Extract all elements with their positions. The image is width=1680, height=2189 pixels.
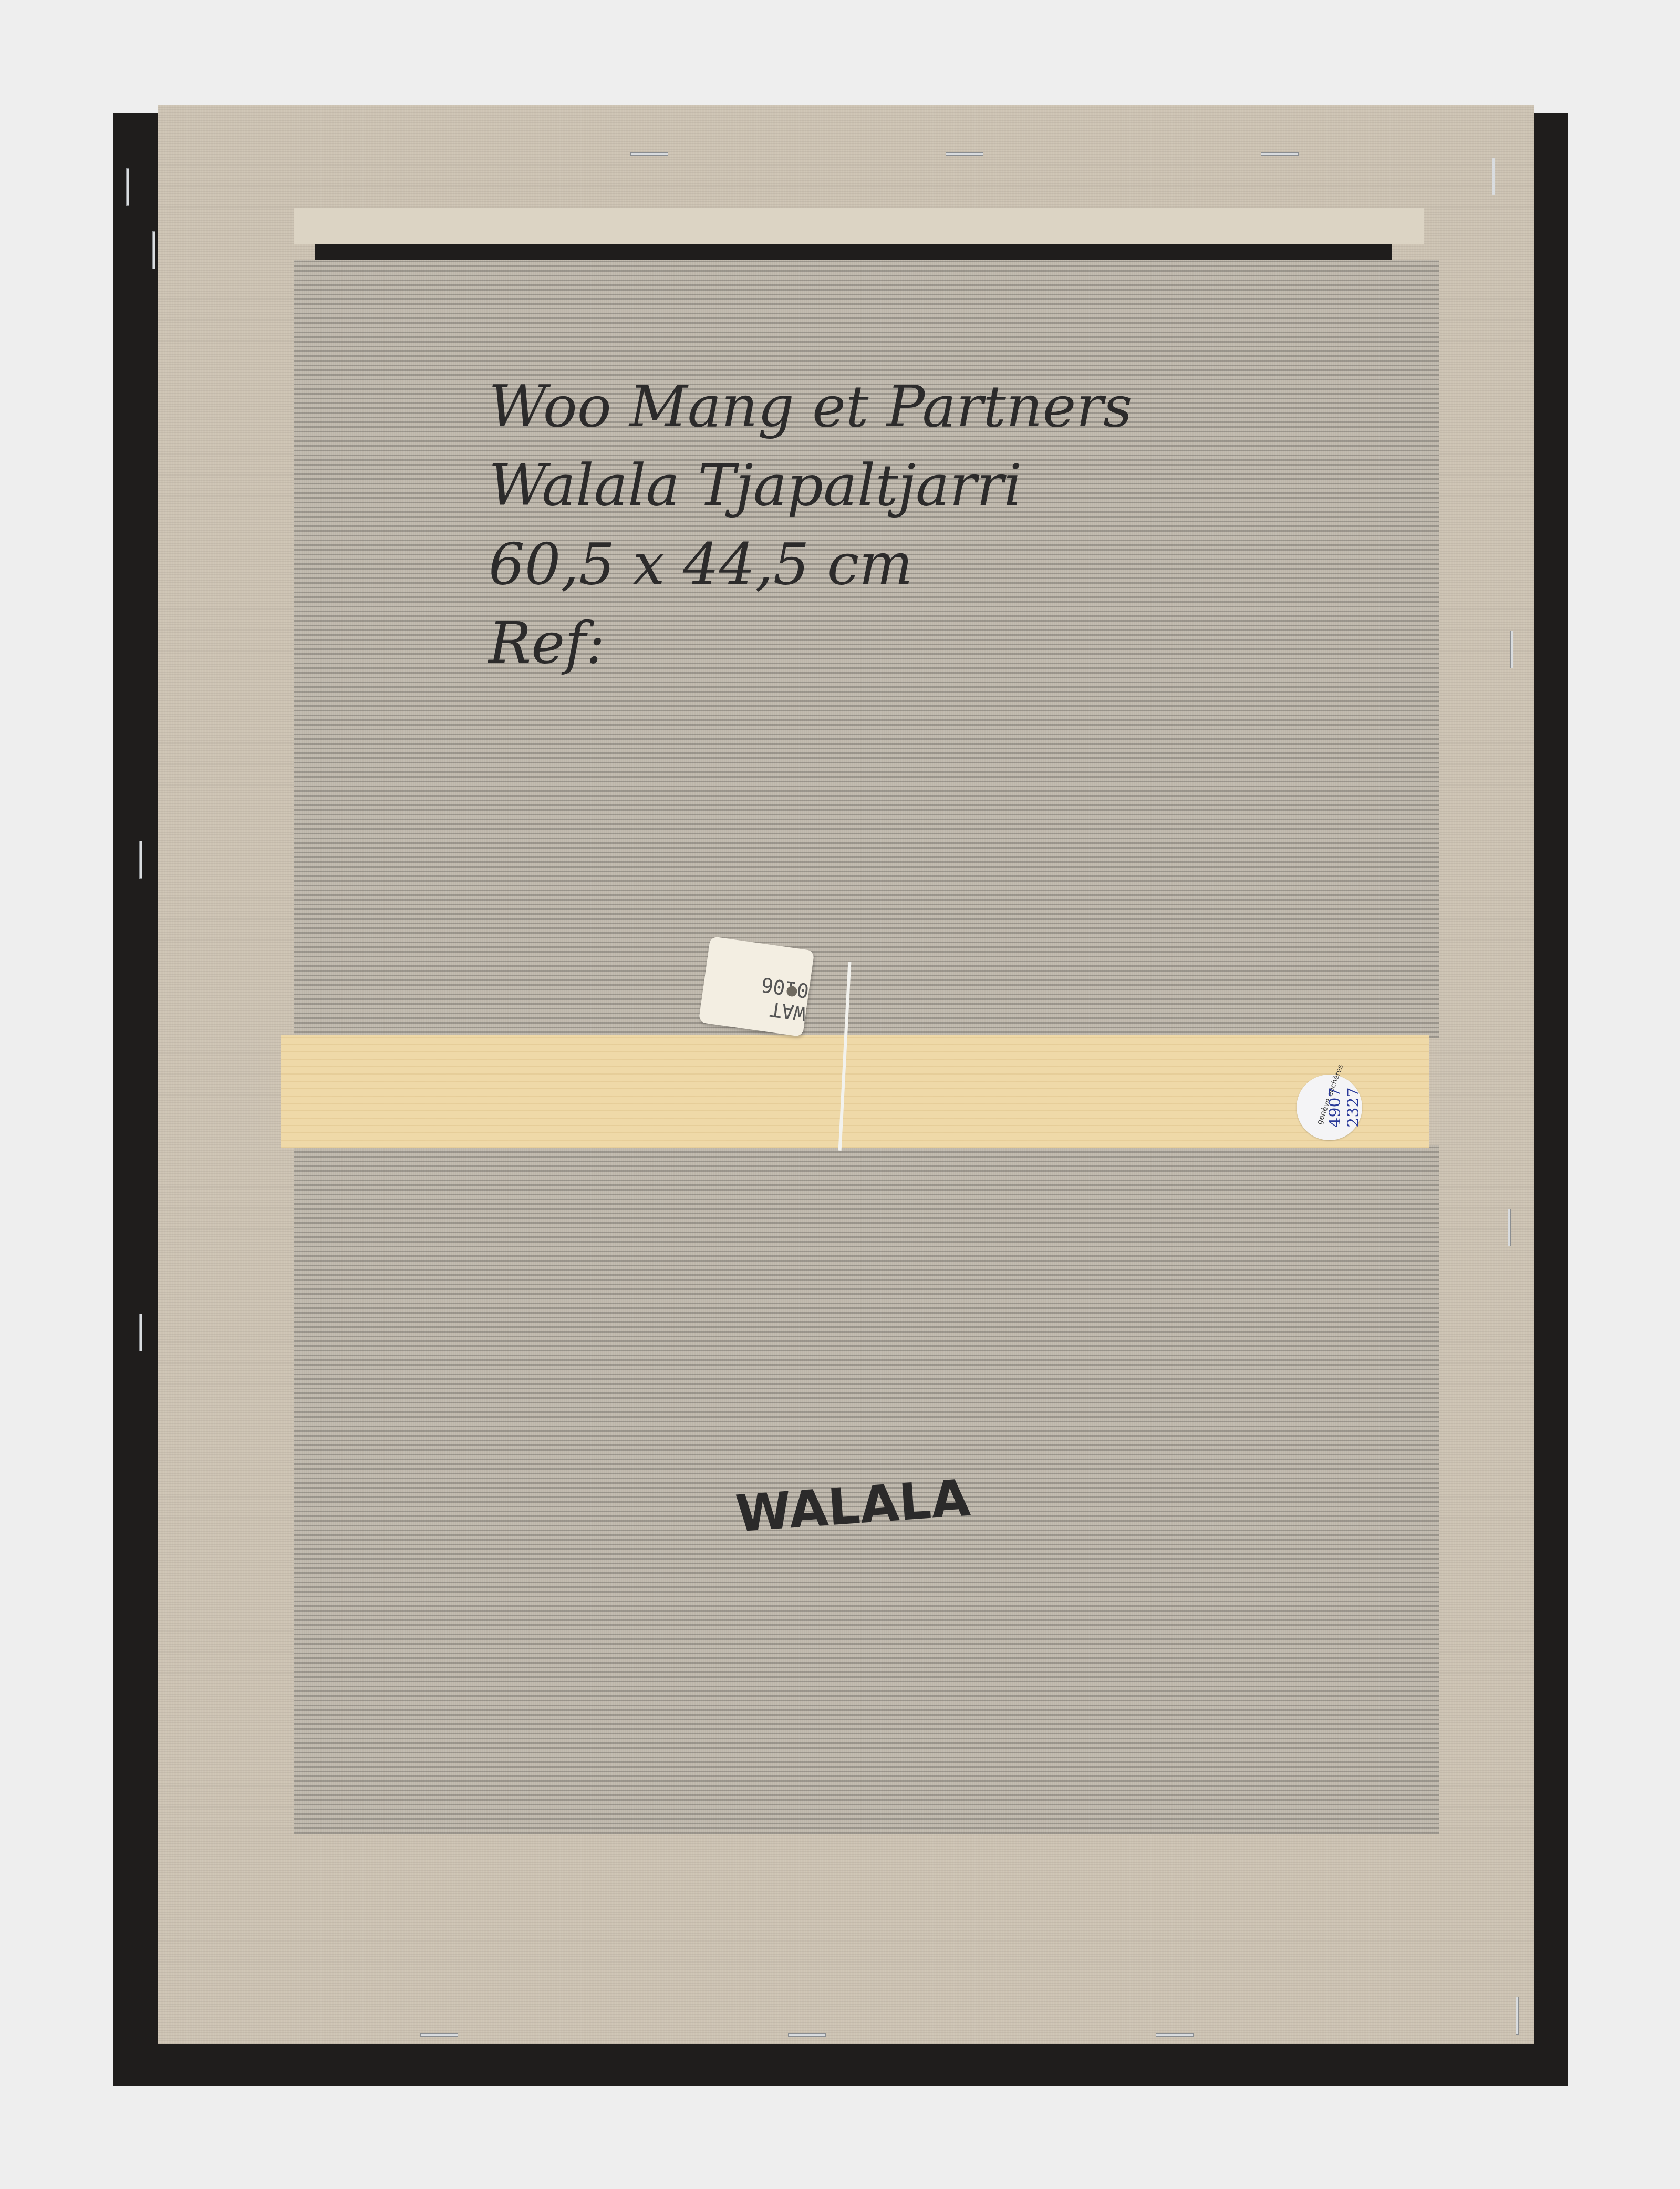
paper-tag: WAT 0106 <box>698 936 814 1037</box>
staple <box>1508 1209 1511 1246</box>
handwritten-inscription: Woo Mang et Partners Walala Tjapaltjarri… <box>489 368 1132 683</box>
sticker-number-1: 4907 <box>1326 1087 1344 1127</box>
staple <box>1510 631 1513 668</box>
stretcher-bar-top <box>294 208 1424 244</box>
inscription-dimensions: 60,5 x 44,5 cm <box>489 525 1132 604</box>
inscription-gallery: Woo Mang et Partners <box>489 368 1132 447</box>
inscription-artist: Walala Tjapaltjarri <box>489 447 1132 525</box>
staple <box>139 841 142 879</box>
wooden-crossbar <box>281 1035 1429 1148</box>
staple <box>1516 1997 1519 2035</box>
staple <box>1492 158 1495 195</box>
sticker-number-2: 2327 <box>1344 1087 1363 1127</box>
staple <box>788 2033 826 2037</box>
staple <box>152 231 155 269</box>
staple <box>1156 2033 1194 2037</box>
auction-sticker: genève enchères 4907 2327 <box>1297 1075 1362 1140</box>
staple <box>126 168 129 206</box>
staple <box>139 1314 142 1351</box>
inscription-ref: Ref: <box>489 604 1132 683</box>
linen-turnover-bottom <box>158 1834 1523 2044</box>
tag-label: WAT 0106 <box>710 966 810 1025</box>
staple <box>946 152 983 156</box>
staple <box>630 152 668 156</box>
staple <box>1261 152 1299 156</box>
staple <box>420 2033 458 2037</box>
